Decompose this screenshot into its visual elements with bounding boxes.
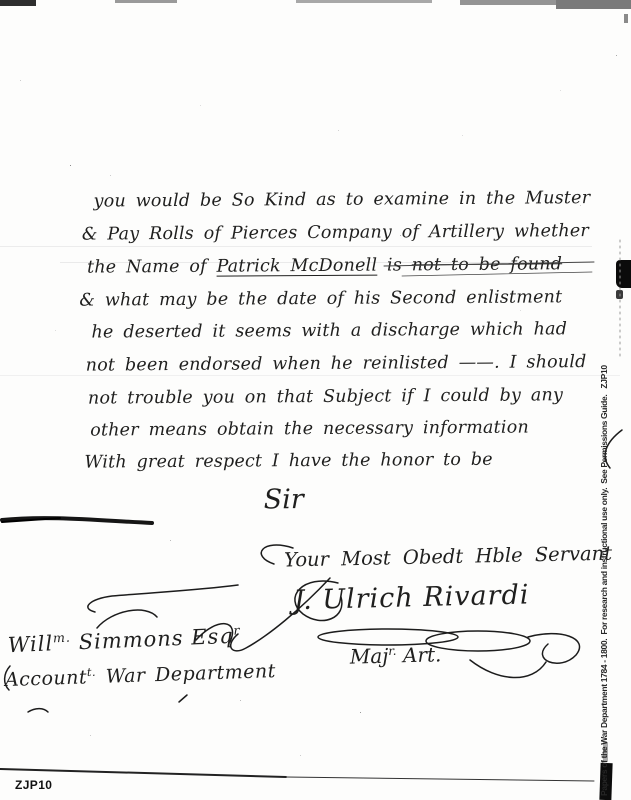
line3-middle: is	[377, 255, 412, 275]
letter-line-2: & Pay Rolls of Pierces Company of Artill…	[82, 221, 589, 245]
letter-line-1: you would be So Kind as to examine in th…	[94, 188, 591, 211]
rank-text: Art.	[396, 642, 441, 667]
superscript: r.	[388, 644, 397, 658]
letter-line-9: With great respect I have the honor to b…	[84, 450, 493, 473]
superscript: r	[233, 622, 241, 637]
signature-rank: Majr. Art.	[350, 642, 442, 668]
margin-vertical-text: Papers of the War Department 1784 - 1800…	[598, 326, 610, 796]
signature: J. Ulrich Rivardi	[293, 579, 530, 616]
underlined-name: Patrick McDonell	[216, 256, 377, 277]
letter-line-8: other means obtain the necessary informa…	[90, 418, 529, 441]
closing-line: Your Most Obedt Hble Servant	[284, 542, 612, 572]
addressee-text: Simmons Esq	[71, 624, 235, 655]
addressee-text: Will	[7, 631, 53, 657]
salutation: Sir	[264, 484, 304, 515]
line3-prefix: the Name of	[87, 257, 217, 278]
addressee-text: Account	[5, 666, 88, 691]
addressee-text: War Department	[96, 660, 276, 688]
letter-line-4: & what may be the date of his Second enl…	[79, 287, 562, 310]
superscript: m.	[53, 630, 72, 646]
letter-line-6: not been endorsed when he reinlisted ——.…	[86, 352, 587, 375]
letter-line-5: he deserted it seems with a discharge wh…	[91, 319, 567, 342]
addressee-department: Accountt. War Department	[5, 659, 277, 691]
corner-label: ZJP10	[15, 778, 52, 792]
scan-noise	[0, 0, 1, 1]
scanned-letter-page: you would be So Kind as to examine in th…	[0, 0, 631, 800]
letter-line-7: not trouble you on that Subject if I cou…	[88, 385, 563, 408]
struck-text: not to be found	[412, 254, 563, 275]
addressee-name: Willm. Simmons Esqr	[7, 622, 241, 657]
letter-body: you would be So Kind as to examine in th…	[0, 0, 631, 800]
letter-line-3: the Name of Patrick McDonell is not to b…	[87, 254, 562, 277]
rank-text: Maj	[350, 644, 389, 669]
